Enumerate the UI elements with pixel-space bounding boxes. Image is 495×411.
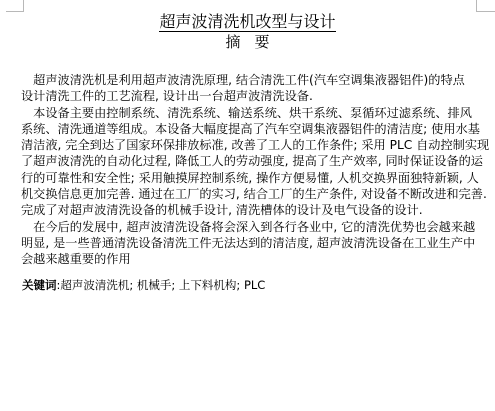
- abstract-line: 行的可靠性和安全性; 采用触摸屏控制系统, 操作方便易懂, 人机交换界面独特新颖…: [21, 170, 477, 186]
- document-title-text: 超声波清洗机改型与设计: [159, 12, 335, 32]
- document-title: 超声波清洗机改型与设计: [0, 12, 495, 32]
- abstract-line: 了超声波清洗的自动化过程, 降低工人的劳动强度, 提高了生产效率, 同时保证设备…: [21, 153, 477, 169]
- abstract-line: 会越来越重要的作用: [21, 251, 477, 267]
- abstract-line: 系统、清洗通道等组成。本设备大幅度提高了汽车空调集液器铝件的清洁度; 使用水基: [21, 121, 477, 137]
- abstract-line: 设计清洗工件的工艺流程, 设计出一台超声波清洗设备.: [21, 88, 477, 104]
- abstract-line: 本设备主要由控制系统、清洗系统、输送系统、烘干系统、泵循环过滤系统、排风: [21, 105, 477, 121]
- abstract-line: 机交换信息更加完善. 通过在工厂的实习, 结合工厂的生产条件, 对设备不断改进和…: [21, 186, 477, 202]
- page-corner-mark-top-left: [6, 0, 24, 12]
- abstract-heading: 摘要: [0, 33, 495, 51]
- keywords: 关键词:超声波清洗机; 机械手; 上下料机构; PLC: [22, 277, 265, 293]
- page-corner-mark-top-right: [476, 0, 495, 12]
- abstract-line: 在今后的发展中, 超声波清洗设备将会深入到各行各业中, 它的清洗优势也会越来越: [21, 219, 477, 235]
- abstract-line: 明显, 是一些普通清洗设备清洗工件无法达到的清洁度, 超声波清洗设备在工业生产中: [21, 235, 477, 251]
- abstract-body: 超声波清洗机是利用超声波清洗原理, 结合清洗工件(汽车空调集液器铝件)的特点 设…: [21, 72, 477, 268]
- abstract-line: 清洁液, 完全到达了国家环保排放标准, 改善了工人的工作条件; 采用 PLC 自…: [21, 137, 477, 153]
- abstract-line: 超声波清洗机是利用超声波清洗原理, 结合清洗工件(汽车空调集液器铝件)的特点: [21, 72, 477, 88]
- keywords-text: 超声波清洗机; 机械手; 上下料机构; PLC: [60, 278, 265, 292]
- abstract-line: 完成了对超声波清洗设备的机械手设计, 清洗槽体的设计及电气设备的设计.: [21, 202, 477, 218]
- keywords-label: 关键词: [22, 278, 57, 292]
